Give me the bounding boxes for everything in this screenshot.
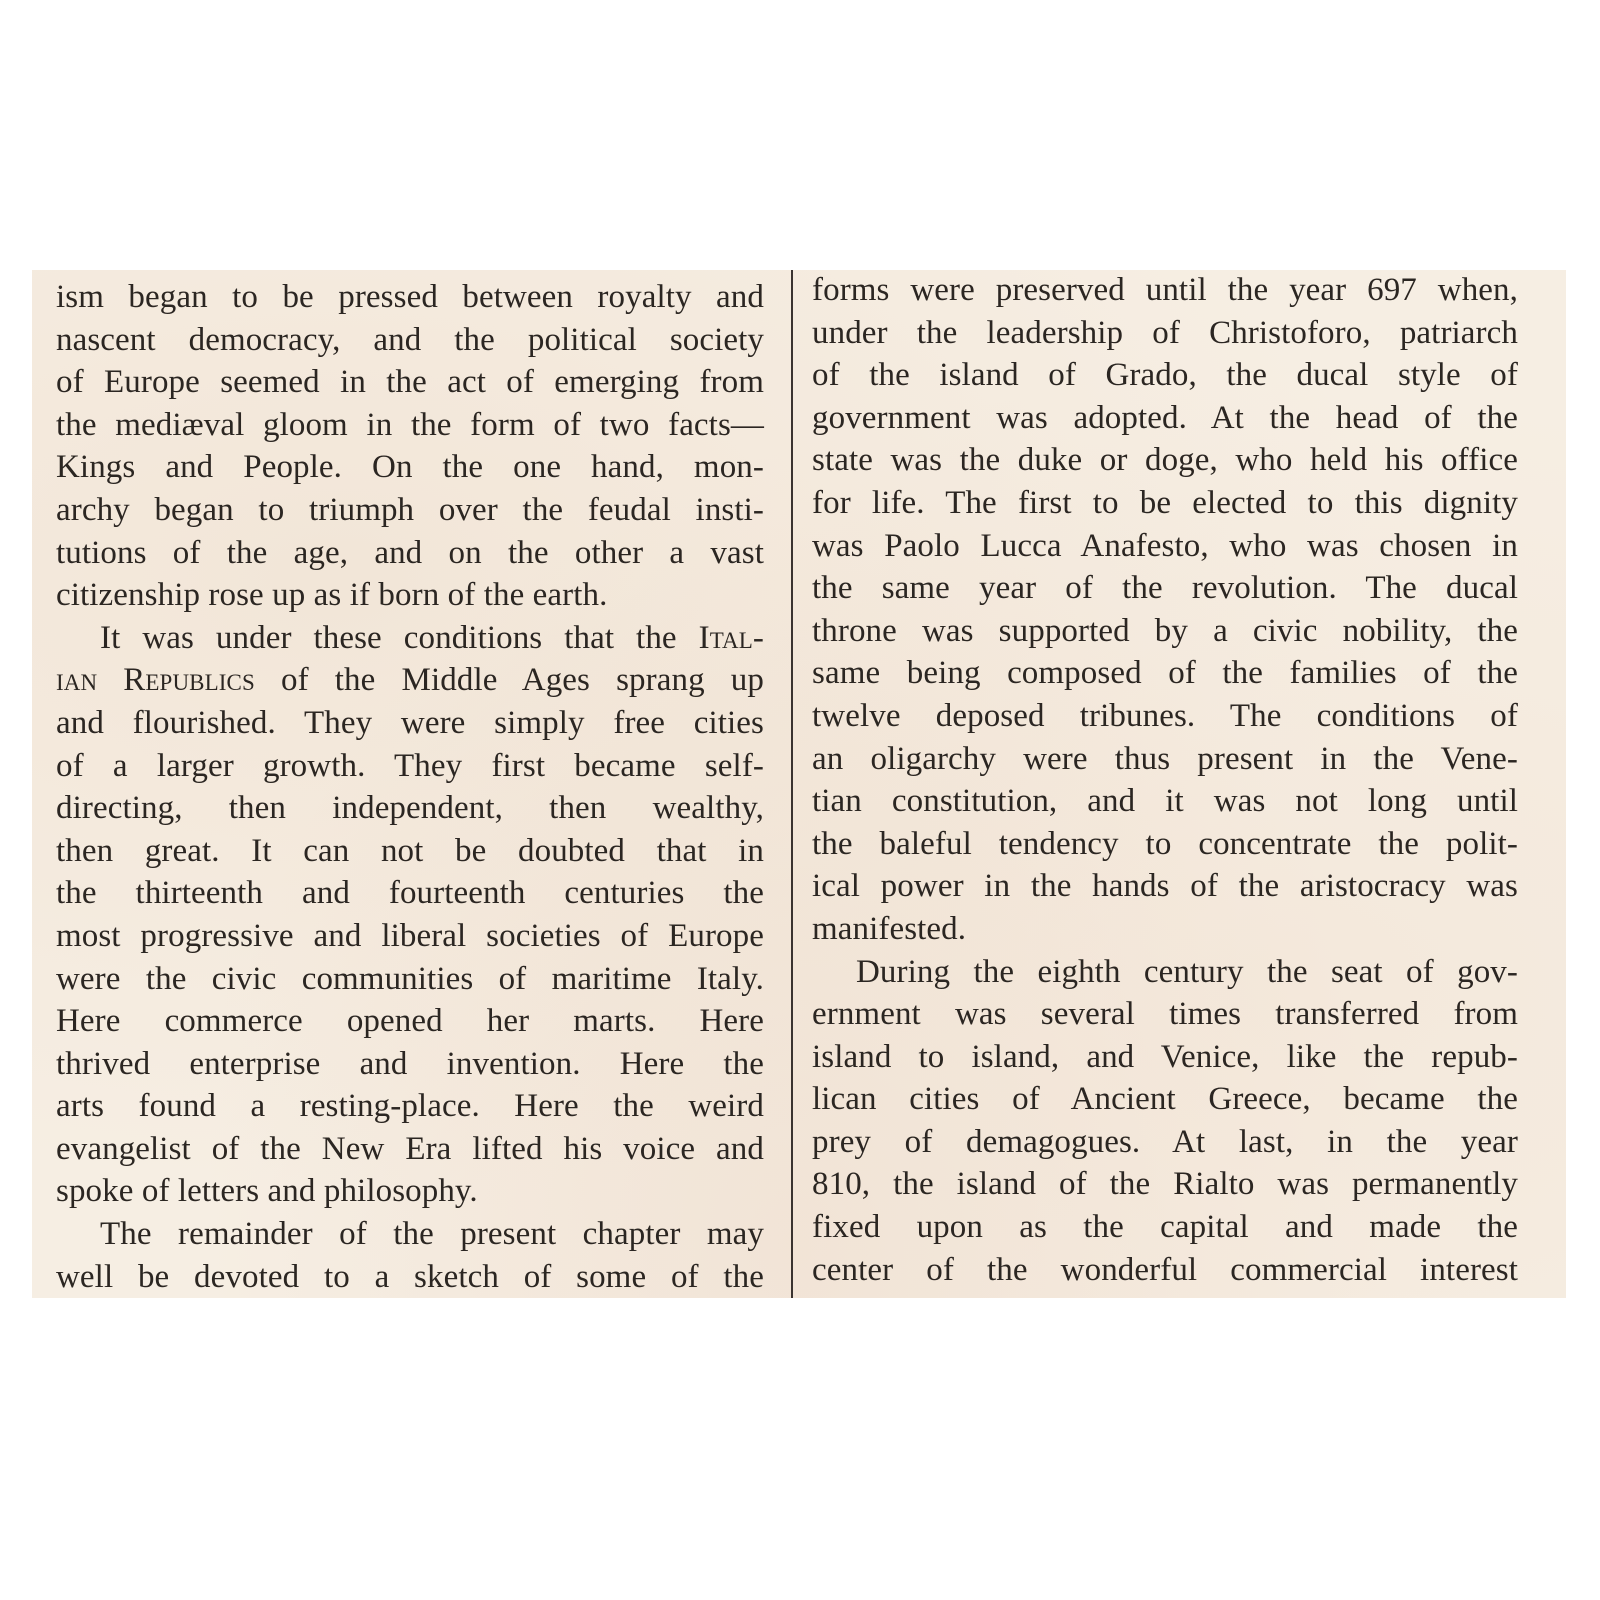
text-line: forms were preserved until the year 697 … bbox=[812, 270, 1518, 312]
text-line: well be devoted to a sketch of some of t… bbox=[56, 1256, 764, 1298]
text-line: the thirteenth and fourteenth centuries … bbox=[56, 872, 764, 915]
text-line: arts found a resting-place. Here the wei… bbox=[56, 1085, 764, 1128]
text-line: 810, the island of the Rialto was perman… bbox=[812, 1163, 1518, 1206]
text-line: nascent democracy, and the political soc… bbox=[56, 319, 764, 362]
text-line: island to island, and Venice, like the r… bbox=[812, 1036, 1518, 1079]
right-text-column: forms were preserved until the year 697 … bbox=[812, 270, 1518, 1291]
text-line: the same year of the revolution. The duc… bbox=[812, 567, 1518, 610]
column-divider bbox=[791, 270, 793, 1298]
text-line: state was the duke or doge, who held his… bbox=[812, 439, 1518, 482]
text-line: tian constitution, and it was not long u… bbox=[812, 780, 1518, 823]
text-line: were the civic communities of maritime I… bbox=[56, 958, 764, 1001]
text-line: of a larger growth. They first became se… bbox=[56, 745, 764, 788]
text-line: an oligarchy were thus present in the Ve… bbox=[812, 738, 1518, 781]
text-line: of Europe seemed in the act of emerging … bbox=[56, 361, 764, 404]
text-line: for life. The first to be elected to thi… bbox=[812, 482, 1518, 525]
small-caps-text: ian Republics bbox=[56, 662, 255, 698]
scanned-book-page: ism began to be pressed between royalty … bbox=[32, 270, 1566, 1298]
text-line: was Paolo Lucca Anafesto, who was chosen… bbox=[812, 525, 1518, 568]
text-line: manifested. bbox=[812, 908, 1518, 951]
text-line: most progressive and liberal societies o… bbox=[56, 915, 764, 958]
line-text: of the Middle Ages sprang up bbox=[255, 662, 764, 698]
text-line: center of the wonderful commercial inter… bbox=[812, 1249, 1518, 1292]
text-line: under the leadership of Christoforo, pat… bbox=[812, 312, 1518, 355]
text-line: citizenship rose up as if born of the ea… bbox=[56, 574, 764, 617]
text-line: thrived enterprise and invention. Here t… bbox=[56, 1043, 764, 1086]
text-line: same being composed of the families of t… bbox=[812, 652, 1518, 695]
text-line: the mediæval gloom in the form of two fa… bbox=[56, 404, 764, 447]
small-caps-text: Ital- bbox=[699, 620, 764, 656]
text-line: then great. It can not be doubted that i… bbox=[56, 830, 764, 873]
text-line: lican cities of Ancient Greece, became t… bbox=[812, 1078, 1518, 1121]
text-line: evangelist of the New Era lifted his voi… bbox=[56, 1128, 764, 1171]
text-line: Here commerce opened her marts. Here bbox=[56, 1000, 764, 1043]
text-line: government was adopted. At the head of t… bbox=[812, 397, 1518, 440]
text-line: ical power in the hands of the aristocra… bbox=[812, 865, 1518, 908]
text-line: ism began to be pressed between royalty … bbox=[56, 276, 764, 319]
text-line: ian Republics of the Middle Ages sprang … bbox=[56, 659, 764, 702]
text-line: of the island of Grado, the ducal style … bbox=[812, 354, 1518, 397]
left-text-column: ism began to be pressed between royalty … bbox=[56, 276, 764, 1298]
text-line: and flourished. They were simply free ci… bbox=[56, 702, 764, 745]
text-line: Kings and People. On the one hand, mon- bbox=[56, 446, 764, 489]
text-line: the baleful tendency to concentrate the … bbox=[812, 823, 1518, 866]
text-line: throne was supported by a civic nobility… bbox=[812, 610, 1518, 653]
line-text: It was under these conditions that the bbox=[100, 620, 699, 656]
text-line: fixed upon as the capital and made the bbox=[812, 1206, 1518, 1249]
text-line: The remainder of the present chapter may bbox=[56, 1213, 764, 1256]
text-line: directing, then independent, then wealth… bbox=[56, 787, 764, 830]
text-line: archy began to triumph over the feudal i… bbox=[56, 489, 764, 532]
text-line: spoke of letters and philosophy. bbox=[56, 1170, 764, 1213]
text-line: During the eighth century the seat of go… bbox=[812, 951, 1518, 994]
text-line: prey of demagogues. At last, in the year bbox=[812, 1121, 1518, 1164]
text-line: twelve deposed tribunes. The conditions … bbox=[812, 695, 1518, 738]
text-line: ernment was several times transferred fr… bbox=[812, 993, 1518, 1036]
text-line: It was under these conditions that the I… bbox=[56, 617, 764, 660]
text-line: tutions of the age, and on the other a v… bbox=[56, 532, 764, 575]
